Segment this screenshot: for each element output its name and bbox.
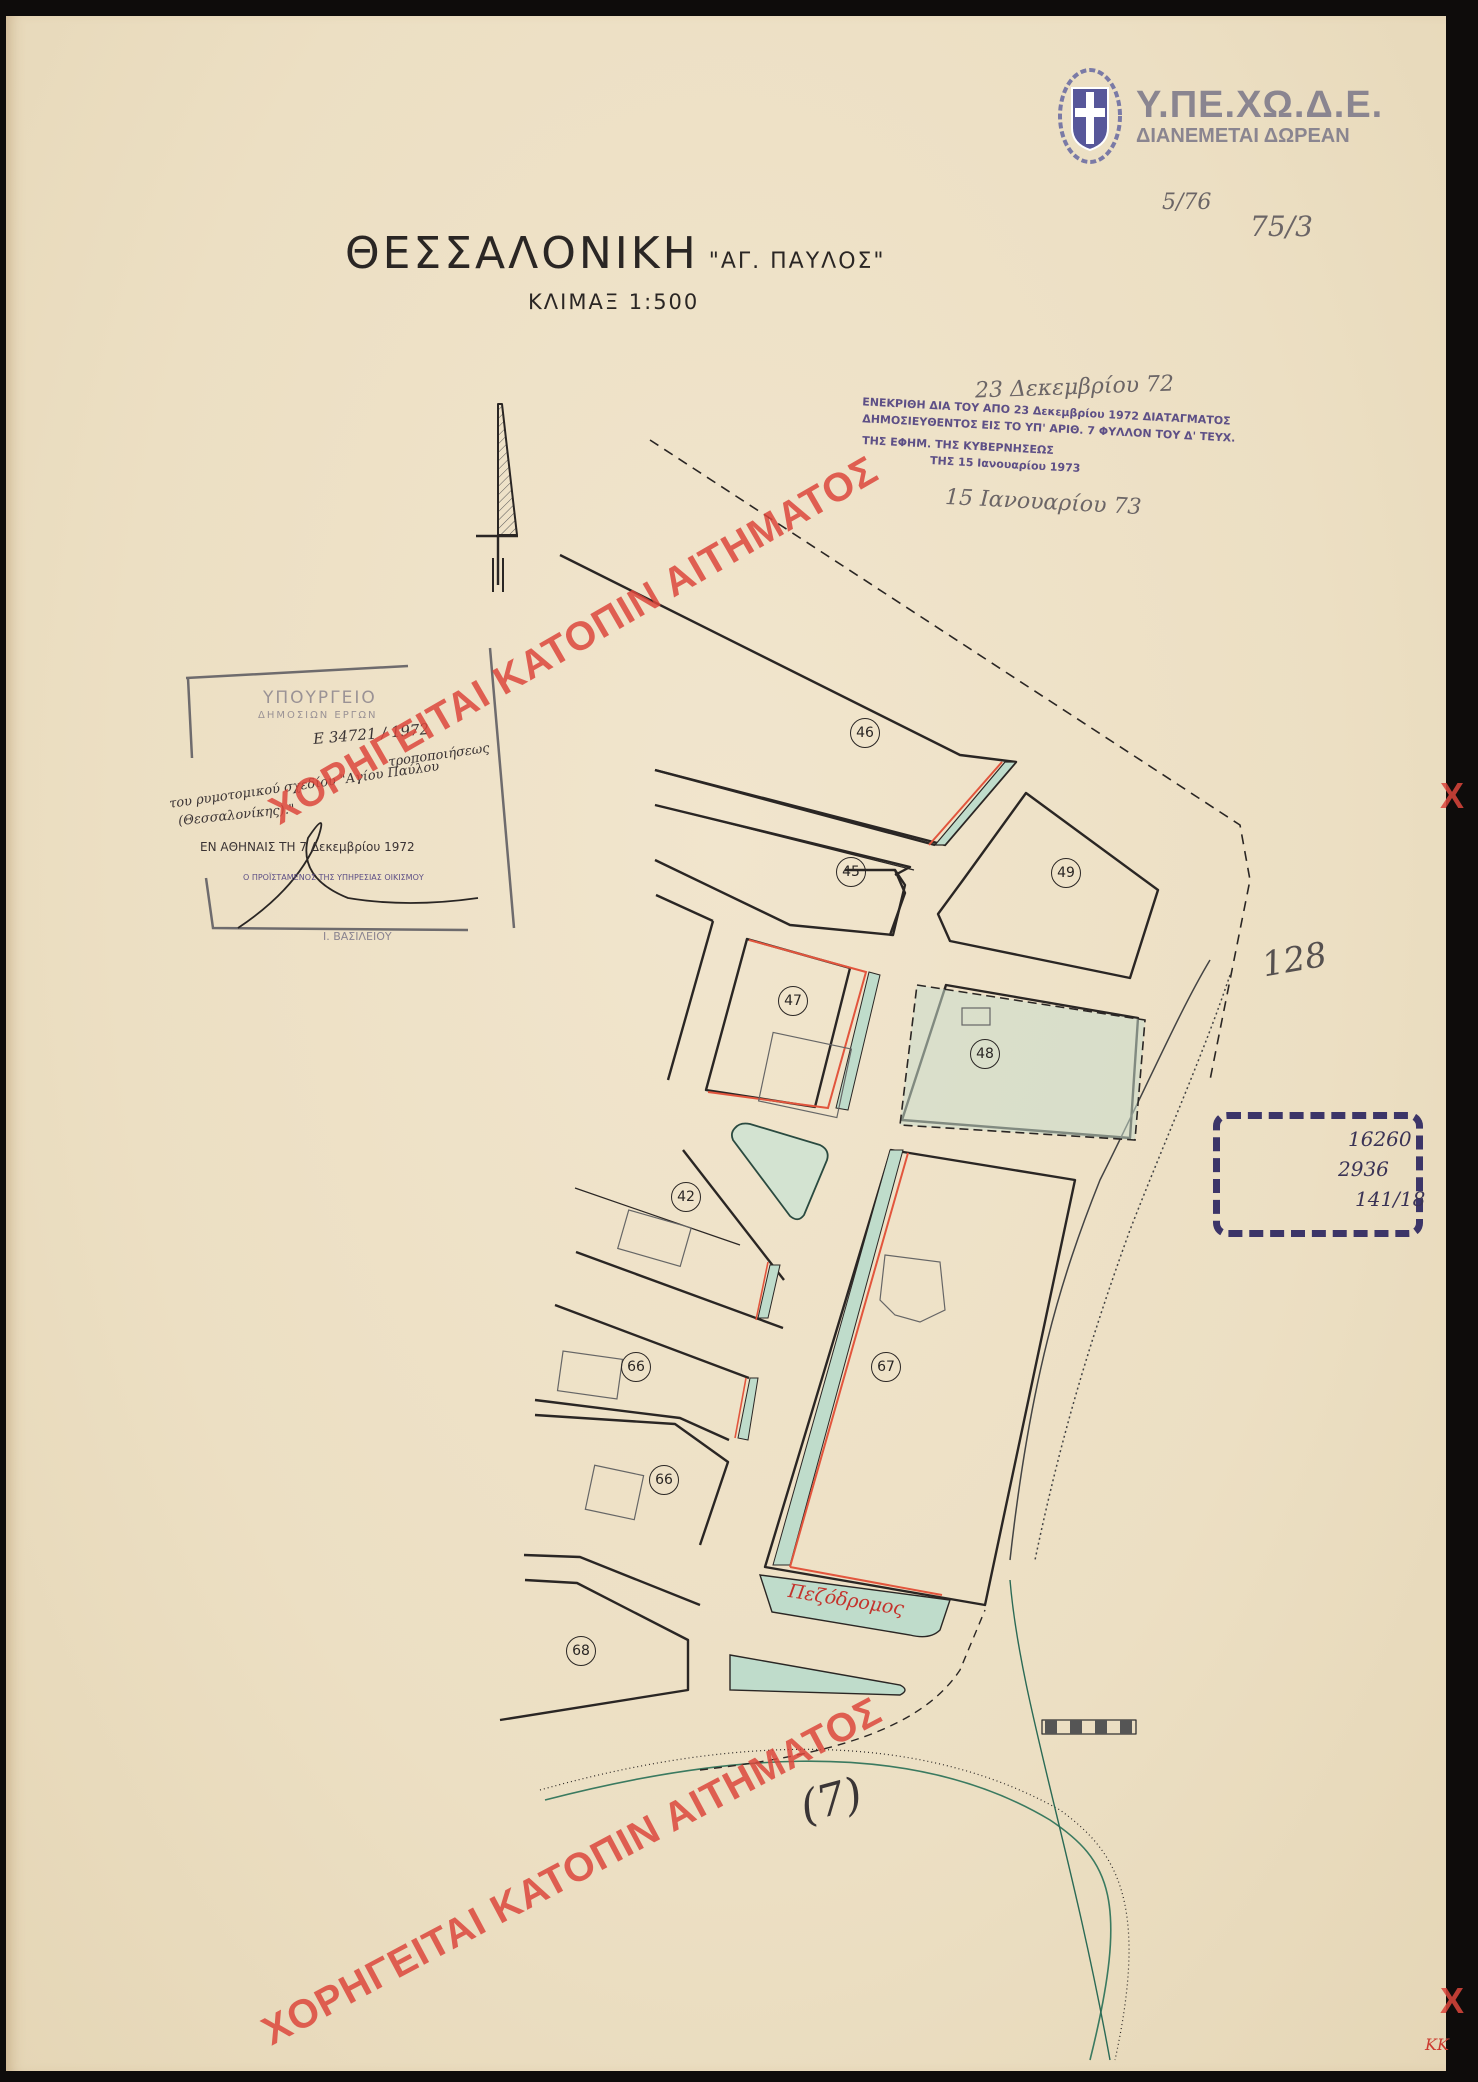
greek-coat-of-arms-icon [1058,66,1122,166]
archive-value-1: 16260 [1348,1127,1412,1151]
document-page: Υ.ΠΕ.ΧΩ.Δ.Ε. ΔΙΑΝΕΜΕΤΑΙ ΔΩΡΕΑΝ 5/76 75/3… [0,0,1478,2082]
city-name: ΘΕΣΣΑΛΟΝΙΚΗ [345,228,699,279]
archive-value-2: 2936 [1338,1157,1389,1181]
parcel-number: 45 [836,857,866,887]
agency-name: Υ.ΠΕ.ΧΩ.Δ.Ε. [1136,85,1383,125]
parcel-number: 66 [621,1352,651,1382]
agency-logo: Υ.ΠΕ.ΧΩ.Δ.Ε. ΔΙΑΝΕΜΕΤΑΙ ΔΩΡΕΑΝ [1058,66,1383,166]
north-arrow-icon [476,404,518,592]
district-name: "ΑΓ. ΠΑΥΛΟΣ" [709,249,886,274]
parcel-number: 49 [1051,858,1081,888]
map-title: ΘΕΣΣΑΛΟΝΙΚΗ"ΑΓ. ΠΑΥΛΟΣ" [345,228,886,279]
ministry-heading: ΥΠΟΥΡΓΕΙΟ [263,688,377,708]
parcel-number: 66 [649,1465,679,1495]
parcel-number: 67 [871,1352,901,1382]
archive-stamp: 16260 2936 141/18 [1213,1112,1423,1237]
parcel-number: 48 [970,1039,1000,1069]
parcel-number: 47 [778,986,808,1016]
ministry-subheading: ΔΗΜΟΣΙΩΝ ΕΡΓΩΝ [258,710,377,721]
parcel-number: 68 [566,1636,596,1666]
sheet-ref-crossed: 5/76 [1162,190,1211,215]
official-role: Ο ΠΡΟΪΣΤΑΜΕΝΟΣ ΤΗΣ ΥΠΗΡΕΣΙΑΣ ΟΙΚΙΣΜΟΥ [243,873,424,882]
initials: ΚΚ [1425,2035,1449,2054]
watermark-edge-2: Χ [1440,1980,1465,2022]
sheet-ref: 75/3 [1250,210,1313,243]
archive-value-3: 141/18 [1355,1187,1425,1211]
agency-note: ΔΙΑΝΕΜΕΤΑΙ ΔΩΡΕΑΝ [1136,125,1383,147]
map-scale: ΚΛΙΜΑΞ 1:500 [528,290,699,314]
watermark-edge-1: Χ [1440,775,1465,817]
parcel-number: 46 [850,718,880,748]
place-date: ΕΝ ΑΘΗΝΑΙΣ ΤΗ 7 Δεκεμβρίου 1972 [200,840,415,854]
parcel-number: 42 [671,1182,701,1212]
official-name: Ι. ΒΑΣΙΛΕΙΟΥ [323,930,392,943]
